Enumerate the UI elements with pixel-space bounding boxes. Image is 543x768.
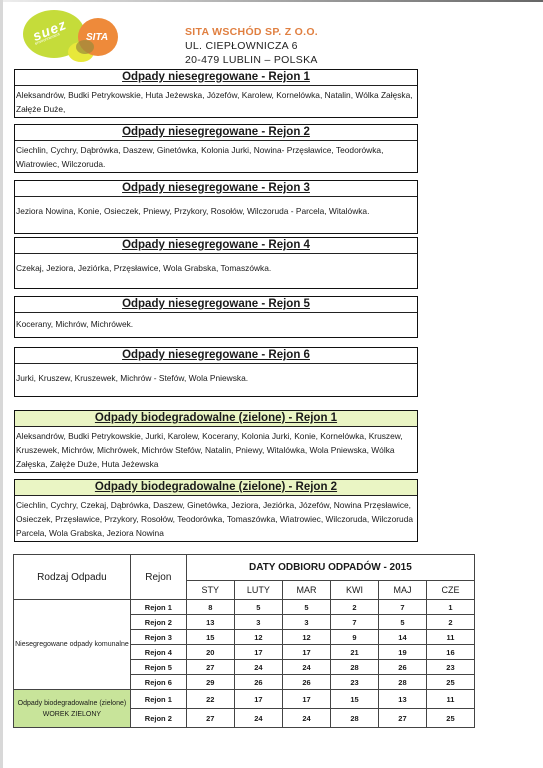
company-logo: suez environnement SITA (20, 8, 130, 62)
collection-day-cell: 12 (282, 630, 330, 645)
collection-day-cell: 26 (234, 675, 282, 690)
collection-day-cell: 17 (234, 645, 282, 660)
collection-day-cell: 28 (378, 675, 426, 690)
column-header-waste-type: Rodzaj Odpadu (14, 555, 131, 600)
column-header-region: Rejon (130, 555, 186, 600)
region-localities: Jurki, Kruszew, Kruszewek, Michrów - Ste… (15, 364, 417, 386)
month-header: KWI (331, 581, 379, 600)
region-title: Odpady biodegradowalne (zielone) - Rejon… (15, 411, 417, 427)
collection-day-cell: 8 (186, 600, 234, 615)
region-localities: Jeziora Nowina, Konie, Osieczek, Pniewy,… (15, 197, 417, 219)
collection-day-cell: 26 (282, 675, 330, 690)
region-box: Odpady niesegregowane - Rejon 1 Aleksand… (14, 69, 418, 118)
collection-day-cell: 25 (426, 709, 474, 728)
collection-day-cell: 17 (282, 690, 330, 709)
collection-day-cell: 11 (426, 630, 474, 645)
waste-type-cell: Niesegregowane odpady komunalne (14, 600, 131, 690)
region-box: Odpady niesegregowane - Rejon 3 Jeziora … (14, 180, 418, 234)
collection-day-cell: 19 (378, 645, 426, 660)
region-localities: Ciechlin, Cychry, Dąbrówka, Daszew, Gine… (15, 141, 417, 172)
region-cell: Rejon 5 (130, 660, 186, 675)
collection-day-cell: 28 (331, 660, 379, 675)
collection-day-cell: 24 (282, 660, 330, 675)
region-cell: Rejon 2 (130, 709, 186, 728)
collection-schedule-table: Rodzaj Odpadu Rejon DATY ODBIORU ODPADÓW… (13, 554, 475, 728)
region-title: Odpady niesegregowane - Rejon 2 (15, 125, 417, 141)
collection-day-cell: 22 (186, 690, 234, 709)
region-cell: Rejon 3 (130, 630, 186, 645)
region-title: Odpady niesegregowane - Rejon 6 (15, 348, 417, 364)
address-city: 20-479 LUBLIN – POLSKA (185, 53, 318, 67)
collection-day-cell: 5 (282, 600, 330, 615)
waste-type-cell: Odpady biodegradowalne (zielone) WOREK Z… (14, 690, 131, 728)
schedule-row: Niesegregowane odpady komunalneRejon 185… (14, 600, 475, 615)
schedule-row: Odpady biodegradowalne (zielone) WOREK Z… (14, 690, 475, 709)
collection-day-cell: 9 (331, 630, 379, 645)
region-localities: Czekaj, Jeziora, Jeziórka, Przęsławice, … (15, 254, 417, 276)
collection-day-cell: 27 (186, 660, 234, 675)
collection-day-cell: 17 (282, 645, 330, 660)
region-title: Odpady biodegradowalne (zielone) - Rejon… (15, 480, 417, 496)
region-box-bio: Odpady biodegradowalne (zielone) - Rejon… (14, 479, 418, 542)
month-header: CZE (426, 581, 474, 600)
month-header: STY (186, 581, 234, 600)
collection-day-cell: 27 (186, 709, 234, 728)
collection-day-cell: 15 (331, 690, 379, 709)
logo-brand-badge: SITA (86, 32, 108, 43)
region-box-bio: Odpady biodegradowalne (zielone) - Rejon… (14, 410, 418, 473)
collection-day-cell: 13 (378, 690, 426, 709)
company-name: SITA WSCHÓD SP. Z O.O. (185, 25, 318, 39)
collection-day-cell: 23 (331, 675, 379, 690)
collection-day-cell: 16 (426, 645, 474, 660)
collection-day-cell: 2 (426, 615, 474, 630)
region-localities: Kocerany, Michrów, Michrówek. (15, 313, 417, 332)
region-box: Odpady niesegregowane - Rejon 4 Czekaj, … (14, 237, 418, 289)
region-cell: Rejon 4 (130, 645, 186, 660)
collection-day-cell: 7 (378, 600, 426, 615)
collection-day-cell: 3 (282, 615, 330, 630)
collection-day-cell: 12 (234, 630, 282, 645)
month-header: LUTY (234, 581, 282, 600)
region-title: Odpady niesegregowane - Rejon 5 (15, 297, 417, 313)
company-address-block: SITA WSCHÓD SP. Z O.O. UL. CIEPŁOWNICZA … (185, 25, 318, 67)
region-localities: Aleksandrów, Budki Petrykowskie, Huta Je… (15, 86, 417, 117)
collection-day-cell: 7 (331, 615, 379, 630)
region-title: Odpady niesegregowane - Rejon 1 (15, 70, 417, 86)
collection-day-cell: 14 (378, 630, 426, 645)
collection-day-cell: 24 (234, 660, 282, 675)
region-cell: Rejon 6 (130, 675, 186, 690)
region-cell: Rejon 2 (130, 615, 186, 630)
region-title: Odpady niesegregowane - Rejon 3 (15, 181, 417, 197)
scan-edge (0, 0, 543, 2)
collection-day-cell: 24 (282, 709, 330, 728)
region-cell: Rejon 1 (130, 600, 186, 615)
collection-day-cell: 5 (378, 615, 426, 630)
collection-day-cell: 15 (186, 630, 234, 645)
collection-day-cell: 2 (331, 600, 379, 615)
collection-day-cell: 29 (186, 675, 234, 690)
collection-day-cell: 13 (186, 615, 234, 630)
month-header: MAJ (378, 581, 426, 600)
region-cell: Rejon 1 (130, 690, 186, 709)
collection-day-cell: 17 (234, 690, 282, 709)
collection-day-cell: 11 (426, 690, 474, 709)
scan-edge (0, 0, 3, 768)
collection-day-cell: 20 (186, 645, 234, 660)
collection-day-cell: 24 (234, 709, 282, 728)
collection-day-cell: 27 (378, 709, 426, 728)
collection-day-cell: 5 (234, 600, 282, 615)
region-box: Odpady niesegregowane - Rejon 2 Ciechlin… (14, 124, 418, 173)
region-box: Odpady niesegregowane - Rejon 5 Kocerany… (14, 296, 418, 338)
column-header-dates: DATY ODBIORU ODPADÓW - 2015 (186, 555, 474, 581)
collection-day-cell: 28 (331, 709, 379, 728)
region-localities: Aleksandrów, Budki Petrykowskie, Jurki, … (15, 427, 417, 472)
month-header: MAR (282, 581, 330, 600)
region-title: Odpady niesegregowane - Rejon 4 (15, 238, 417, 254)
collection-day-cell: 1 (426, 600, 474, 615)
region-localities: Ciechlin, Cychry, Czekaj, Dąbrówka, Dasz… (15, 496, 417, 541)
collection-day-cell: 25 (426, 675, 474, 690)
collection-day-cell: 23 (426, 660, 474, 675)
collection-day-cell: 26 (378, 660, 426, 675)
collection-day-cell: 21 (331, 645, 379, 660)
collection-day-cell: 3 (234, 615, 282, 630)
region-box: Odpady niesegregowane - Rejon 6 Jurki, K… (14, 347, 418, 397)
address-street: UL. CIEPŁOWNICZA 6 (185, 39, 318, 53)
